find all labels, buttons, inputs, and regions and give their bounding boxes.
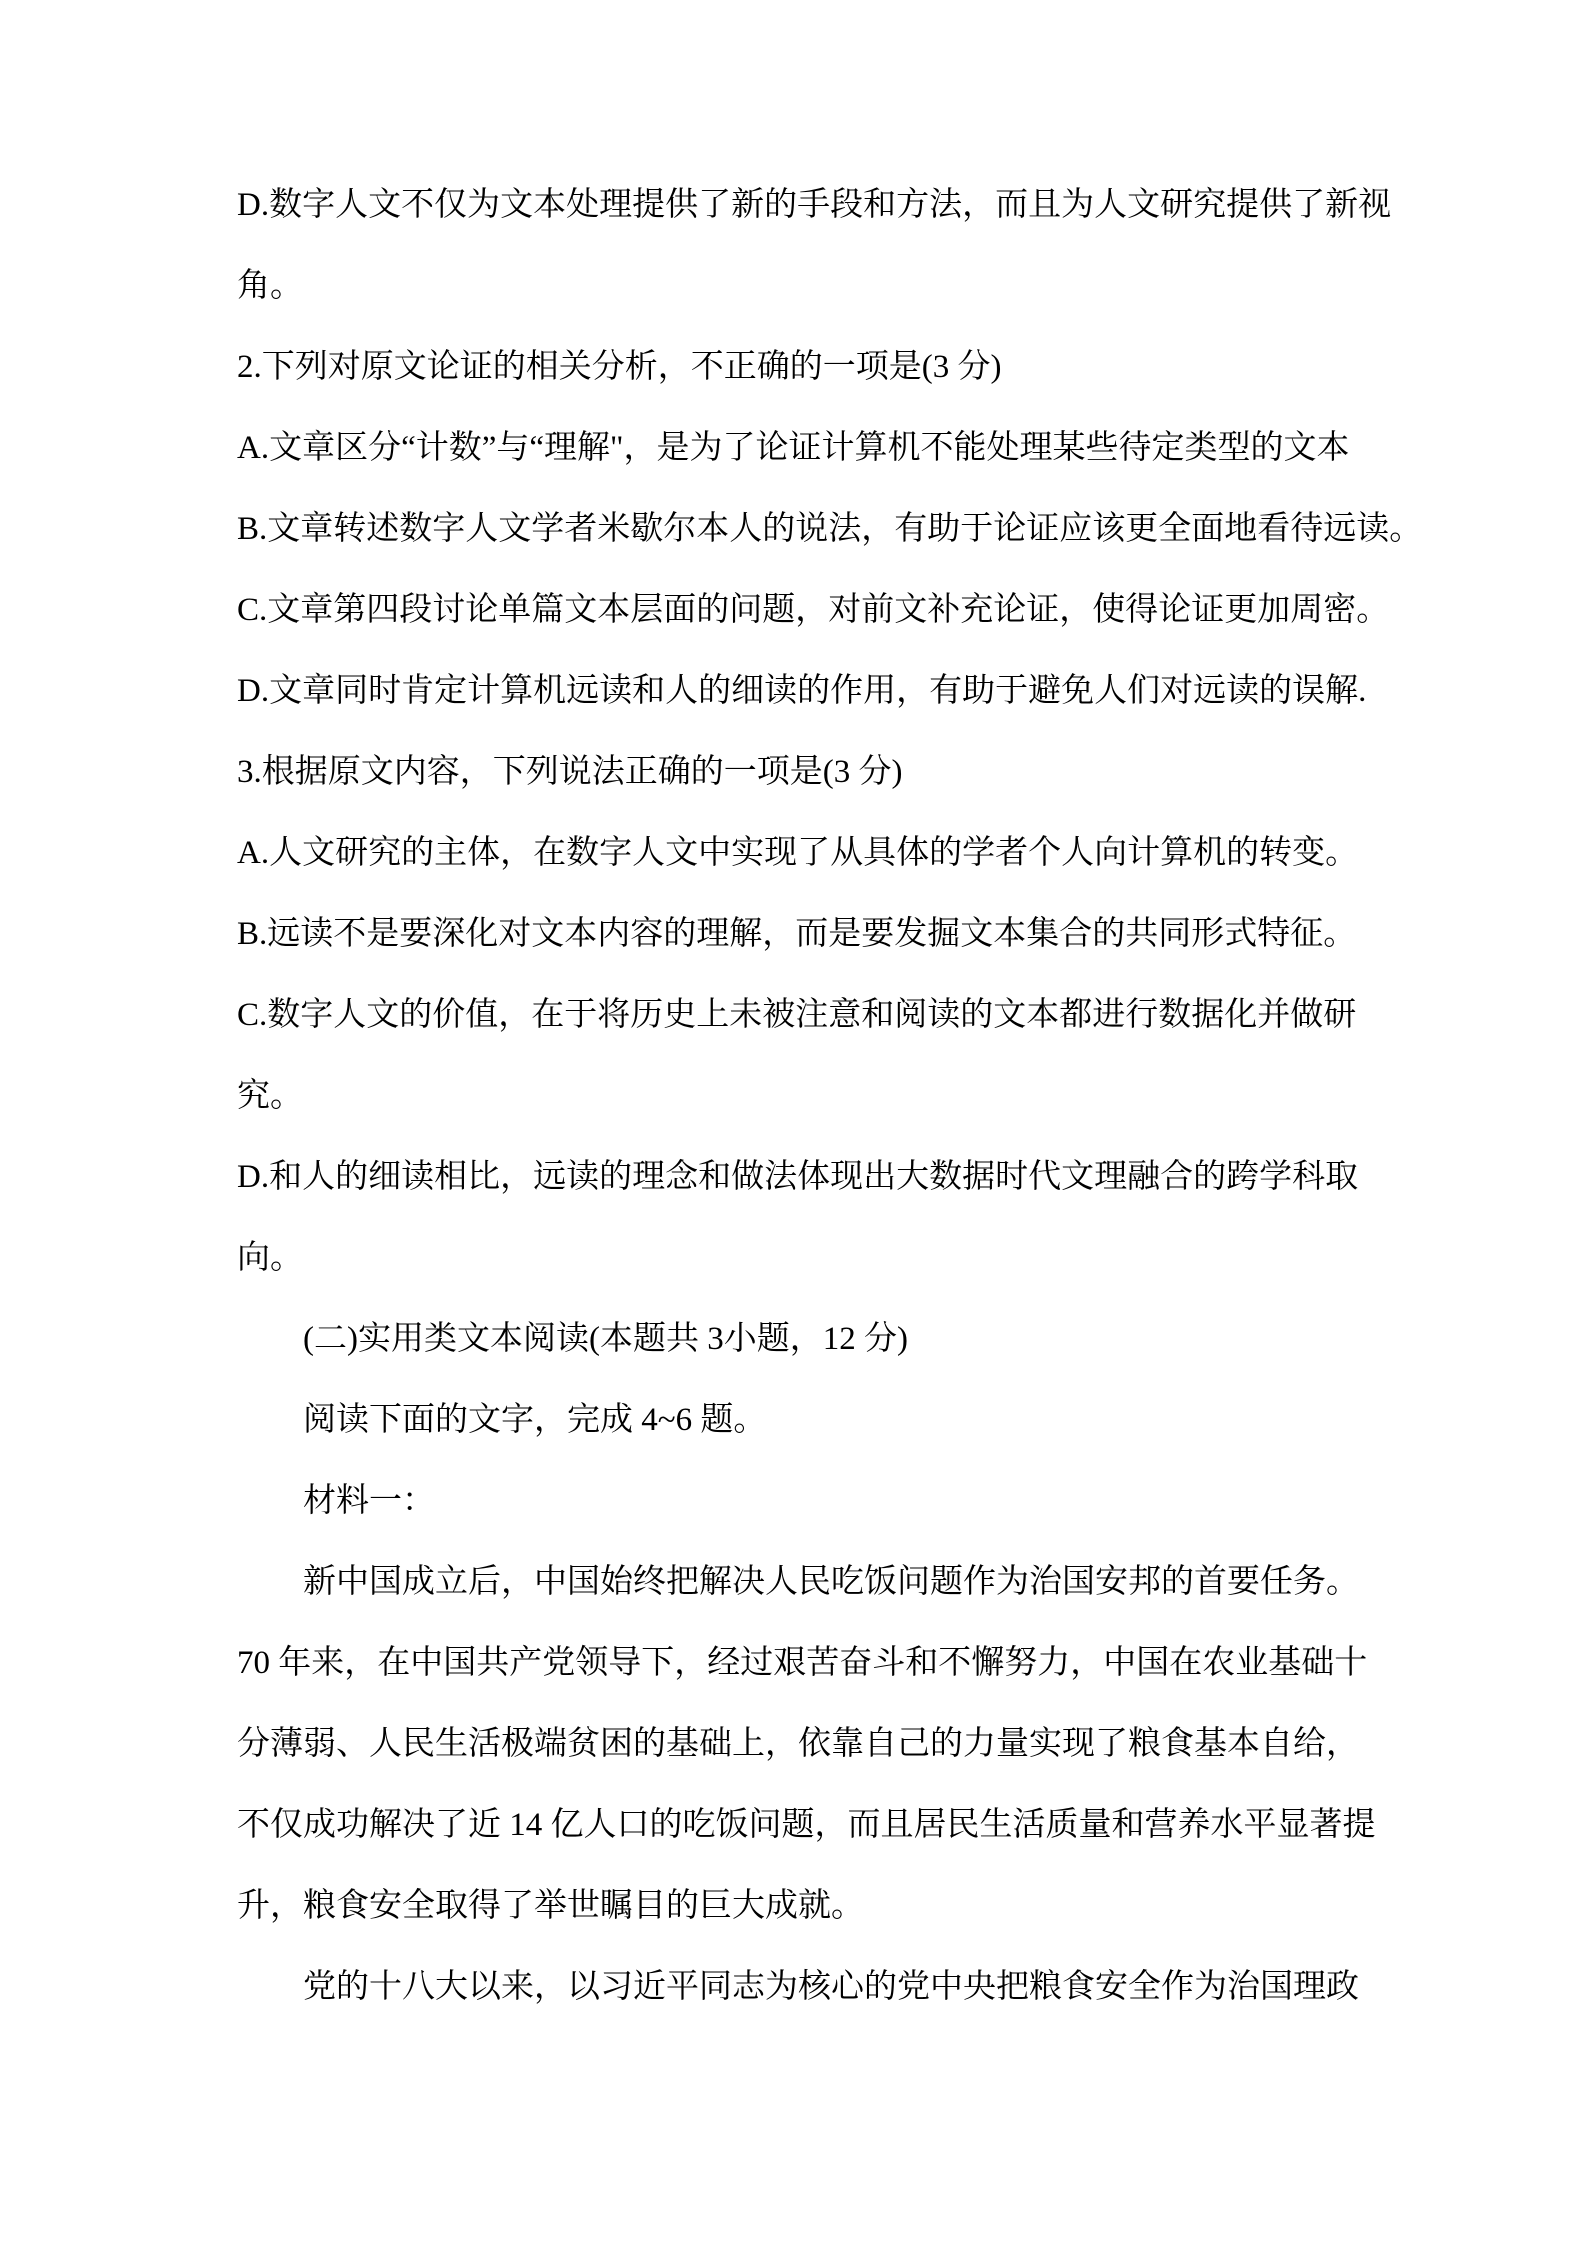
q2-stem: 2.下列对原文论证的相关分析，不正确的一项是(3 分) [237, 327, 1387, 408]
material1-label: 材料一： [237, 1461, 1387, 1542]
exam-paper-page: D.数字人文不仅为文本处理提供了新的手段和方法，而且为人文研究提供了新视角。2.… [0, 0, 1587, 2245]
q2-option-b: B.文章转述数字人文学者米歇尔本人的说法，有助于论证应该更全面地看待远读。 [237, 489, 1387, 570]
q2-option-a: A.文章区分“计数”与“理解"，是为了论证计算机不能处理某些待定类型的文本 [237, 408, 1387, 489]
q2-option-c: C.文章第四段讨论单篇文本层面的问题，对前文补充论证，使得论证更加周密。 [237, 570, 1387, 651]
q3-option-d-line2: 向。 [237, 1218, 1387, 1299]
q3-option-d-line1: D.和人的细读相比，远读的理念和做法体现出大数据时代文理融合的跨学科取 [237, 1137, 1387, 1218]
q1-option-d-line2: 角。 [237, 246, 1387, 327]
q3-option-b: B.远读不是要深化对文本内容的理解，而是要发掘文本集合的共同形式特征。 [237, 894, 1387, 975]
q2-option-d: D.文章同时肯定计算机远读和人的细读的作用，有助于避免人们对远读的误解. [237, 651, 1387, 732]
q3-option-a: A.人文研究的主体，在数字人文中实现了从具体的学者个人向计算机的转变。 [237, 813, 1387, 894]
q3-option-c-line1: C.数字人文的价值，在于将历史上未被注意和阅读的文本都进行数据化并做研 [237, 975, 1387, 1056]
material1-para1-line1: 新中国成立后，中国始终把解决人民吃饭问题作为治国安邦的首要任务。 [237, 1542, 1387, 1623]
material1-para1-line4: 不仅成功解决了近 14 亿人口的吃饭问题，而且居民生活质量和营养水平显著提 [237, 1785, 1387, 1866]
material1-para1-line3: 分薄弱、人民生活极端贫困的基础上，依靠自己的力量实现了粮食基本自给， [237, 1704, 1387, 1785]
q3-stem: 3.根据原文内容，下列说法正确的一项是(3 分) [237, 732, 1387, 813]
section2-header: (二)实用类文本阅读(本题共 3小题，12 分) [237, 1299, 1387, 1380]
material1-para1-line2: 70 年来，在中国共产党领导下，经过艰苦奋斗和不懈努力，中国在农业基础十 [237, 1623, 1387, 1704]
material1-para1-line5: 升，粮食安全取得了举世瞩目的巨大成就。 [237, 1866, 1387, 1947]
q3-option-c-line2: 究。 [237, 1056, 1387, 1137]
section2-instruction: 阅读下面的文字，完成 4~6 题。 [237, 1380, 1387, 1461]
material1-para2-line1: 党的十八大以来，以习近平同志为核心的党中央把粮食安全作为治国理政 [237, 1947, 1387, 2028]
q1-option-d-line1: D.数字人文不仅为文本处理提供了新的手段和方法，而且为人文研究提供了新视 [237, 165, 1387, 246]
document-body: D.数字人文不仅为文本处理提供了新的手段和方法，而且为人文研究提供了新视角。2.… [237, 165, 1387, 2028]
